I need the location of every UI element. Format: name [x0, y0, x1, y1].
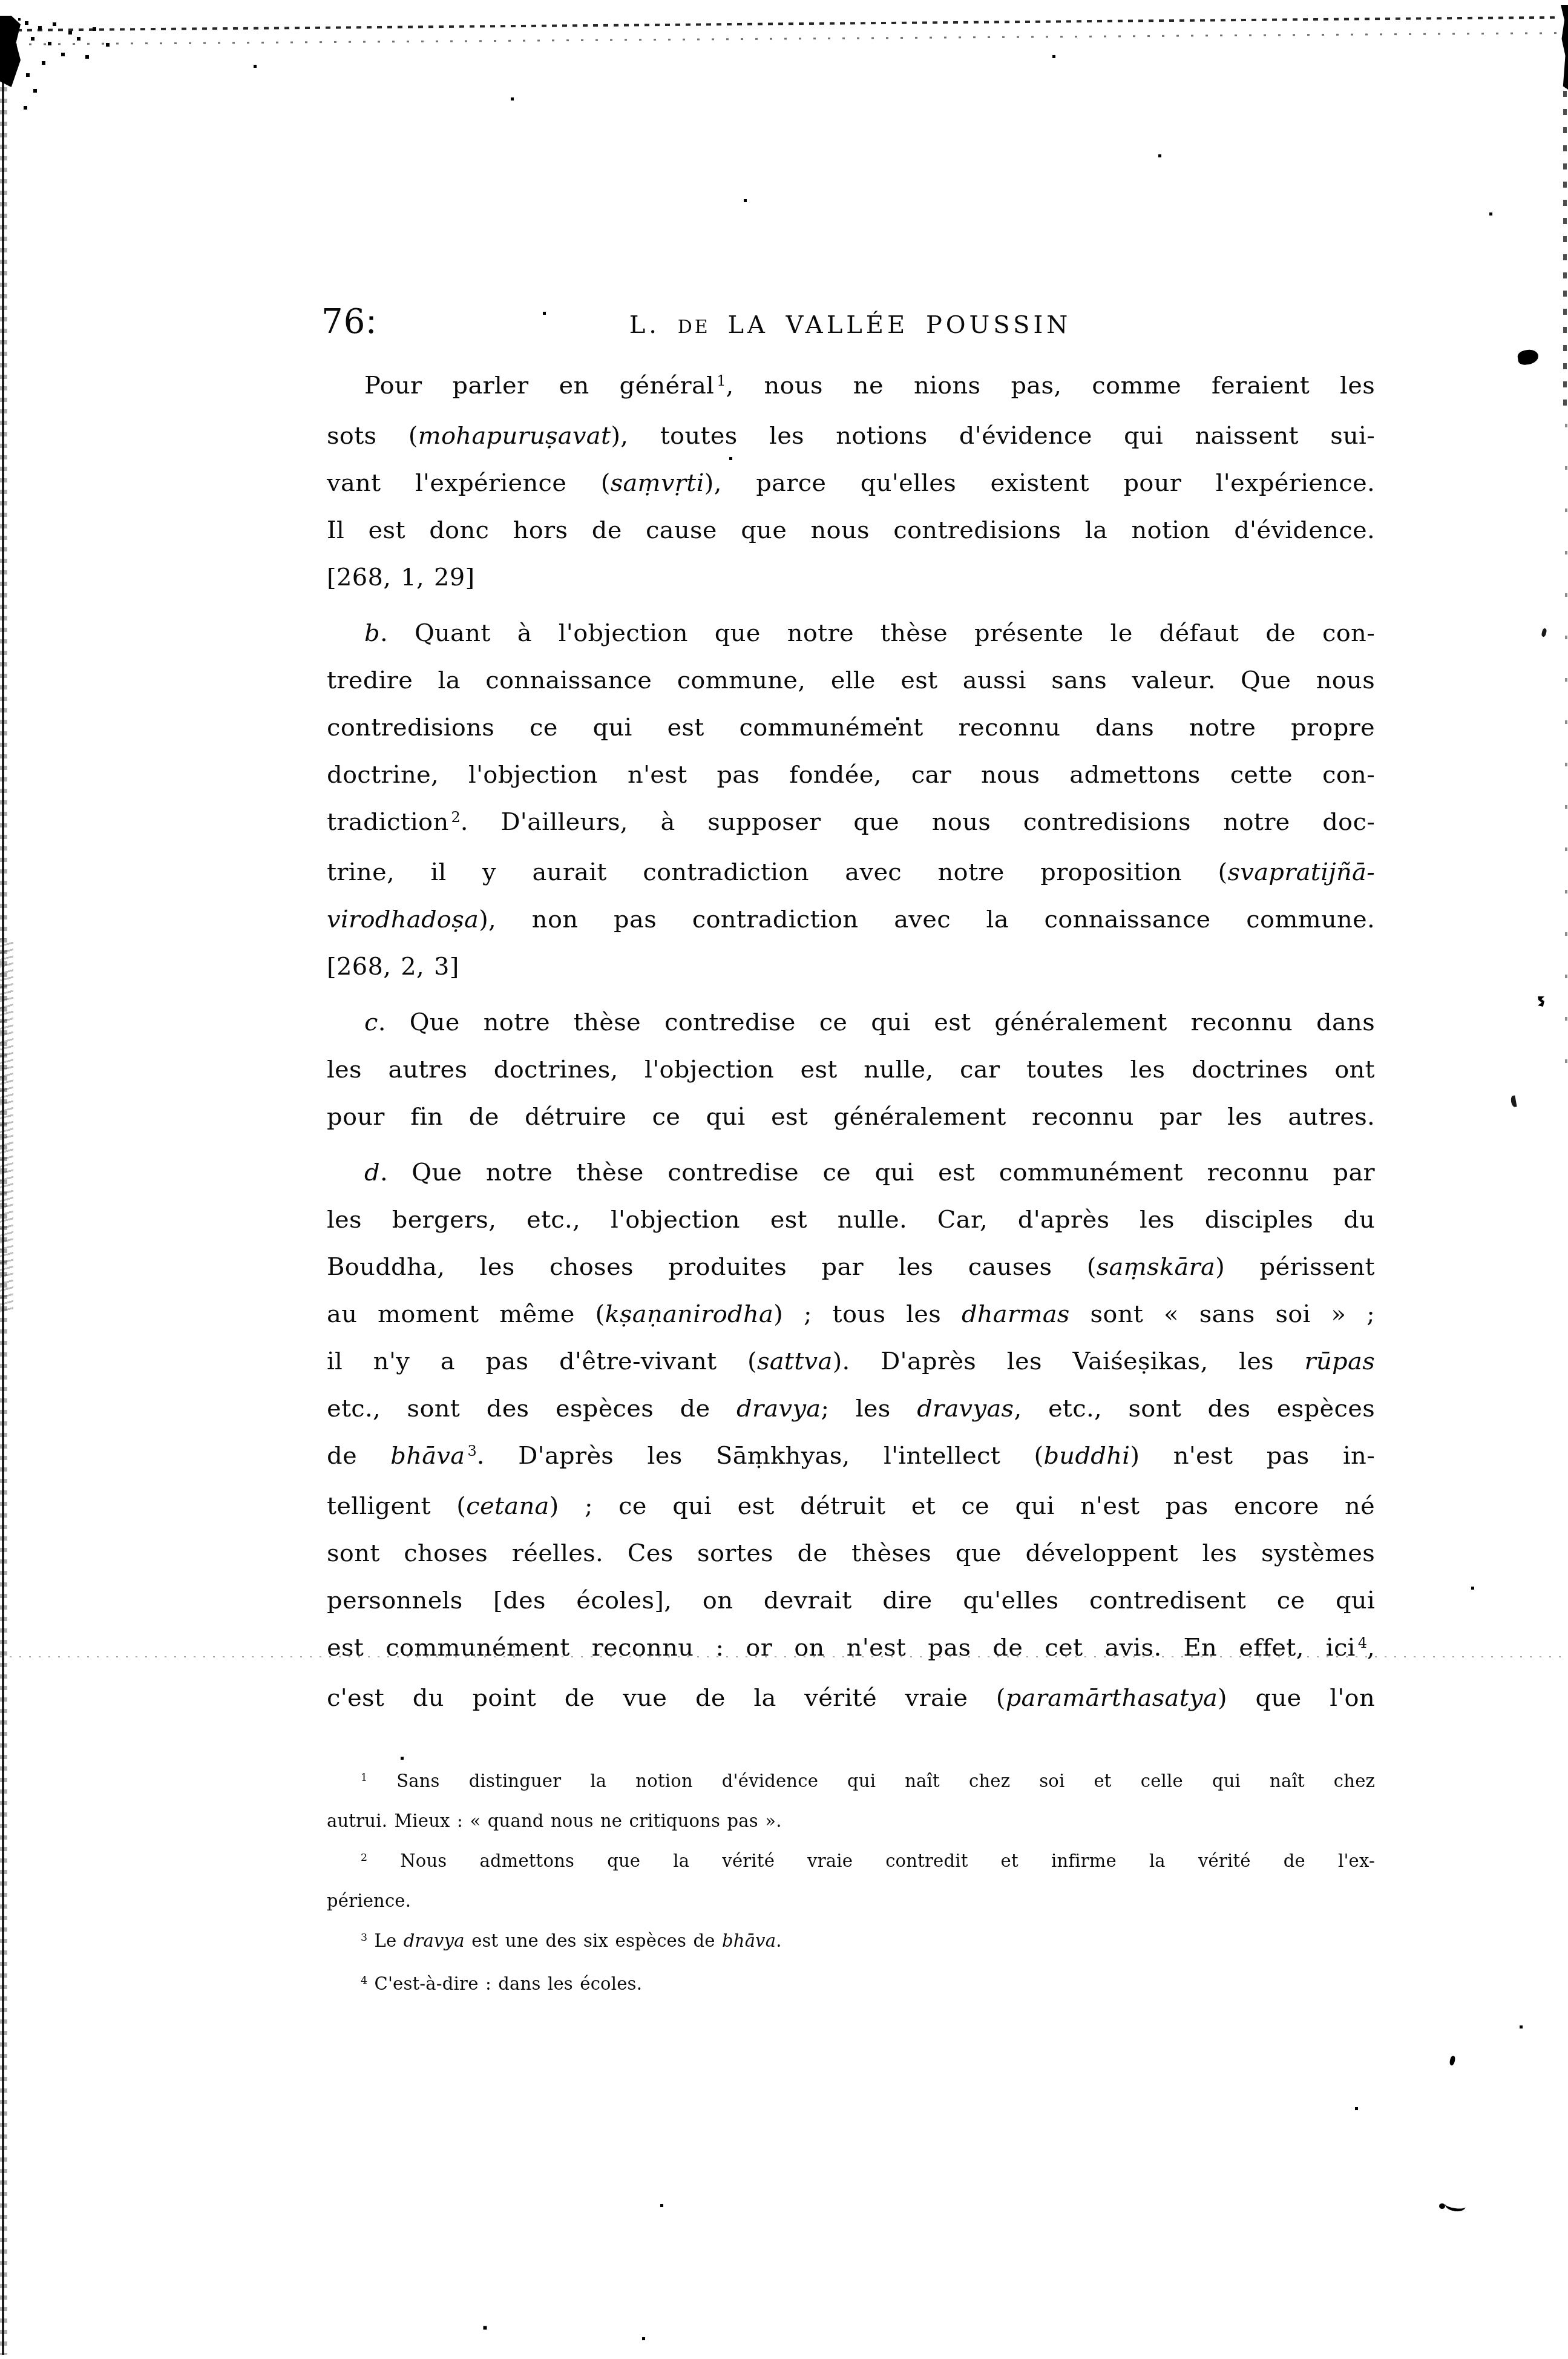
italic-term: dravyas [917, 1395, 1014, 1423]
scan-artifact-margin-mark-2 [1510, 1095, 1517, 1107]
text-segment: etc., sont des espèces de [327, 1395, 736, 1423]
text-segment: sont choses réelles. Ces sortes de thèse… [327, 1539, 1375, 1567]
italic-term: saṃvṛti [611, 469, 704, 497]
scan-artifact-top-dotted-line [17, 16, 1559, 31]
text-segment: , etc., sont des espèces [1014, 1395, 1375, 1423]
author-name: LA VALLÉE POUSSIN [727, 311, 1071, 339]
text-line: tradiction2. D'ailleurs, à supposer que … [327, 798, 1375, 849]
text-line: au moment même (kṣaṇanirodha) ; tous les… [327, 1291, 1375, 1338]
text-segment: , nous ne nions pas, comme feraient les [726, 372, 1375, 400]
text-line: 1 Sans distinguer la notion d'évidence q… [327, 1763, 1375, 1803]
text-segment: trine, il y aurait contradiction avec no… [327, 858, 1227, 886]
body-text: Pour parler en général1, nous ne nions p… [327, 362, 1375, 1730]
scan-artifact-left-edge-fringe [0, 18, 7, 2355]
footnote: 4 C'est-à-dire : dans les écoles. [327, 1966, 1375, 2005]
text-segment: C'est-à-dire : dans les écoles. [367, 1973, 642, 1994]
text-line: doctrine, l'objection n'est pas fondée, … [327, 751, 1375, 798]
italic-term: bhāva [722, 1930, 776, 1951]
text-segment: Il est donc hors de cause que nous contr… [327, 516, 1375, 544]
text-segment: ; les [821, 1395, 917, 1423]
scan-artifact-margin-mark [1538, 996, 1544, 1007]
paragraph: b. Quant à l'objection que notre thèse p… [327, 610, 1375, 990]
paragraph: Pour parler en général1, nous ne nions p… [327, 362, 1375, 601]
scan-artifact-right-edge-dashes [1563, 91, 1567, 418]
scanned-book-page: 76. L. DE LA VALLÉE POUSSIN Pour parler … [0, 0, 1568, 2359]
footnote-ref: 3 [468, 1443, 477, 1459]
text-line: contredisions ce qui est communément rec… [327, 704, 1375, 751]
text-segment: doctrine, l'objection n'est pas fondée, … [327, 761, 1375, 789]
text-segment: telligent ( [327, 1492, 466, 1520]
author-particle: DE [678, 317, 710, 338]
footnote-ref: 4 [1358, 1634, 1367, 1651]
footnote-ref: 4 [361, 1975, 367, 1987]
footnote-ref: 1 [361, 1772, 367, 1784]
text-line: pour fin de détruire ce qui est générale… [327, 1093, 1375, 1140]
italic-term: cetana [466, 1492, 549, 1520]
text-segment: . [776, 1930, 781, 1951]
paragraph: c. Que notre thèse contredise ce qui est… [327, 999, 1375, 1140]
italic-term: paramārthasatya [1006, 1684, 1218, 1712]
footnote: 2 Nous admettons que la vérité vraie con… [327, 1843, 1375, 1920]
text-line: 3 Le dravya est une des six espèces de b… [327, 1923, 1375, 1963]
text-line: d. Que notre thèse contredise ce qui est… [327, 1149, 1375, 1196]
italic-term: saṃskāra [1097, 1253, 1215, 1281]
text-segment: personnels [des écoles], on devrait dire… [327, 1587, 1375, 1614]
text-segment: autrui. Mieux : « quand nous ne critiquo… [327, 1811, 782, 1831]
text-segment: . Quant à l'objection que notre thèse pr… [380, 619, 1375, 647]
text-line: trine, il y aurait contradiction avec no… [327, 849, 1375, 896]
italic-term: svapratijñā- [1227, 858, 1375, 886]
text-segment: les autres doctrines, l'objection est nu… [327, 1056, 1375, 1084]
text-segment: ), parce qu'elles existent pour l'expéri… [704, 469, 1375, 497]
text-segment: ). D'après les Vaiśeṣikas, les [833, 1347, 1305, 1375]
text-segment: , [1367, 1634, 1375, 1662]
text-segment: au moment même ( [327, 1300, 605, 1328]
italic-term: rūpas [1305, 1347, 1375, 1375]
footnote-ref: 3 [361, 1932, 367, 1944]
scan-artifact-right-edge-streak [1559, 5, 1568, 90]
text-line: il n'y a pas d'être-vivant (sattva). D'a… [327, 1338, 1375, 1385]
scan-artifact-top-dotted-line-2 [0, 32, 1558, 45]
text-segment: ) ; ce qui est détruit et ce qui n'est p… [549, 1492, 1375, 1520]
text-segment: ), toutes les notions d'évidence qui nai… [611, 422, 1375, 450]
text-segment: ) périssent [1215, 1253, 1375, 1281]
text-segment: Le [367, 1930, 404, 1951]
text-segment: périence. [327, 1890, 411, 1911]
text-segment: tredire la connaissance commune, elle es… [327, 666, 1375, 694]
paragraph: d. Que notre thèse contredise ce qui est… [327, 1149, 1375, 1722]
italic-term: d [364, 1159, 380, 1186]
running-header: L. DE LA VALLÉE POUSSIN [327, 311, 1374, 339]
scan-artifact-left-edge-line [2, 18, 4, 2355]
text-line: [268, 2, 3] [327, 943, 1375, 990]
text-segment: Sans distinguer la notion d'évidence qui… [367, 1771, 1375, 1791]
text-line: 2 Nous admettons que la vérité vraie con… [327, 1843, 1375, 1883]
scan-artifact-corner-blob [0, 16, 21, 87]
scan-artifact-ink-blob [1517, 349, 1539, 366]
scan-artifact-right-edge-dashes-sparse [1565, 424, 1567, 1090]
text-segment: il n'y a pas d'être-vivant ( [327, 1347, 757, 1375]
text-segment: ), non pas contradiction avec la connais… [479, 906, 1375, 933]
text-segment: pour fin de détruire ce qui est générale… [327, 1103, 1375, 1131]
text-line: c'est du point de vue de la vérité vraie… [327, 1674, 1375, 1722]
text-segment: sots ( [327, 422, 418, 450]
text-segment: . Que notre thèse contredise ce qui est … [380, 1159, 1375, 1186]
text-line: b. Quant à l'objection que notre thèse p… [327, 610, 1375, 657]
text-line: les bergers, etc., l'objection est nulle… [327, 1196, 1375, 1243]
text-segment: sont « sans soi » ; [1070, 1300, 1375, 1328]
scan-artifact-corner-speckles [18, 18, 21, 21]
text-segment: contredisions ce qui est communément rec… [327, 714, 1375, 742]
scan-artifact-squiggle-tail [1445, 2199, 1466, 2213]
text-segment: Pour parler en général [364, 372, 714, 400]
scan-artifact-left-edge-bulge [0, 938, 13, 1314]
text-line: vant l'expérience (saṃvṛti), parce qu'el… [327, 459, 1375, 507]
text-line: telligent (cetana) ; ce qui est détruit … [327, 1482, 1375, 1530]
italic-term: kṣaṇanirodha [605, 1300, 773, 1328]
text-segment: Bouddha, les choses produites par les ca… [327, 1253, 1097, 1281]
text-line: virodhadoṣa), non pas contradiction avec… [327, 896, 1375, 943]
scan-artifact-tick-mark [1541, 628, 1547, 637]
italic-term: buddhi [1043, 1442, 1130, 1470]
italic-term: virodhadoṣa [327, 906, 479, 933]
text-line: autrui. Mieux : « quand nous ne critiquo… [327, 1803, 1375, 1840]
text-line: périence. [327, 1883, 1375, 1920]
scan-artifact-squiggle-dot [1439, 2203, 1445, 2209]
text-segment: [268, 1, 29] [327, 564, 474, 591]
italic-term: dravya [736, 1395, 821, 1423]
italic-term: c [364, 1008, 378, 1036]
text-segment: est une des six espèces de [465, 1930, 722, 1951]
text-line: etc., sont des espèces de dravya; les dr… [327, 1385, 1375, 1432]
text-segment: est communément reconnu : or on n'est pa… [327, 1634, 1356, 1662]
footnotes: 1 Sans distinguer la notion d'évidence q… [327, 1763, 1375, 2009]
text-segment: c'est du point de vue de la vérité vraie… [327, 1684, 1006, 1712]
text-line: [268, 1, 29] [327, 554, 1375, 601]
text-line: tredire la connaissance commune, elle es… [327, 657, 1375, 704]
text-line: Il est donc hors de cause que nous contr… [327, 507, 1375, 554]
italic-term: dharmas [962, 1300, 1070, 1328]
author-prefix: L. [629, 311, 660, 339]
scan-artifact-bottom-tick [1449, 2055, 1455, 2065]
text-line: les autres doctrines, l'objection est nu… [327, 1046, 1375, 1093]
italic-term: sattva [757, 1347, 833, 1375]
footnote: 1 Sans distinguer la notion d'évidence q… [327, 1763, 1375, 1840]
text-line: c. Que notre thèse contredise ce qui est… [327, 999, 1375, 1046]
text-segment: ) n'est pas in- [1130, 1442, 1375, 1470]
italic-term: bhāva [390, 1442, 465, 1470]
text-line: est communément reconnu : or on n'est pa… [327, 1624, 1375, 1674]
text-segment: Nous admettons que la vérité vraie contr… [367, 1851, 1375, 1871]
text-line: personnels [des écoles], on devrait dire… [327, 1577, 1375, 1624]
footnote-ref: 1 [717, 372, 726, 389]
text-line: 4 C'est-à-dire : dans les écoles. [327, 1966, 1375, 2005]
text-segment: . D'ailleurs, à supposer que nous contre… [461, 808, 1375, 836]
text-segment: de [327, 1442, 390, 1470]
text-segment: tradiction [327, 808, 449, 836]
italic-term: b [364, 619, 380, 647]
text-segment: vant l'expérience ( [327, 469, 611, 497]
text-segment: [268, 2, 3] [327, 953, 459, 981]
text-segment: ) que l'on [1218, 1684, 1375, 1712]
text-line: sont choses réelles. Ces sortes de thèse… [327, 1530, 1375, 1577]
text-segment: les bergers, etc., l'objection est nulle… [327, 1206, 1375, 1234]
footnote: 3 Le dravya est une des six espèces de b… [327, 1923, 1375, 1963]
text-segment: . D'après les Sāṃkhyas, l'intellect ( [477, 1442, 1044, 1470]
text-segment: ) ; tous les [773, 1300, 962, 1328]
italic-term: dravya [404, 1930, 465, 1951]
text-segment: . Que notre thèse contredise ce qui est … [378, 1008, 1375, 1036]
text-line: Bouddha, les choses produites par les ca… [327, 1243, 1375, 1291]
scan-artifact-speckles [0, 0, 2, 2]
text-line: sots (mohapuruṣavat), toutes les notions… [327, 412, 1375, 459]
footnote-ref: 2 [361, 1852, 367, 1864]
text-line: Pour parler en général1, nous ne nions p… [327, 362, 1375, 412]
footnote-ref: 2 [451, 809, 461, 826]
text-line: de bhāva3. D'après les Sāṃkhyas, l'intel… [327, 1432, 1375, 1482]
italic-term: mohapuruṣavat [418, 422, 611, 450]
